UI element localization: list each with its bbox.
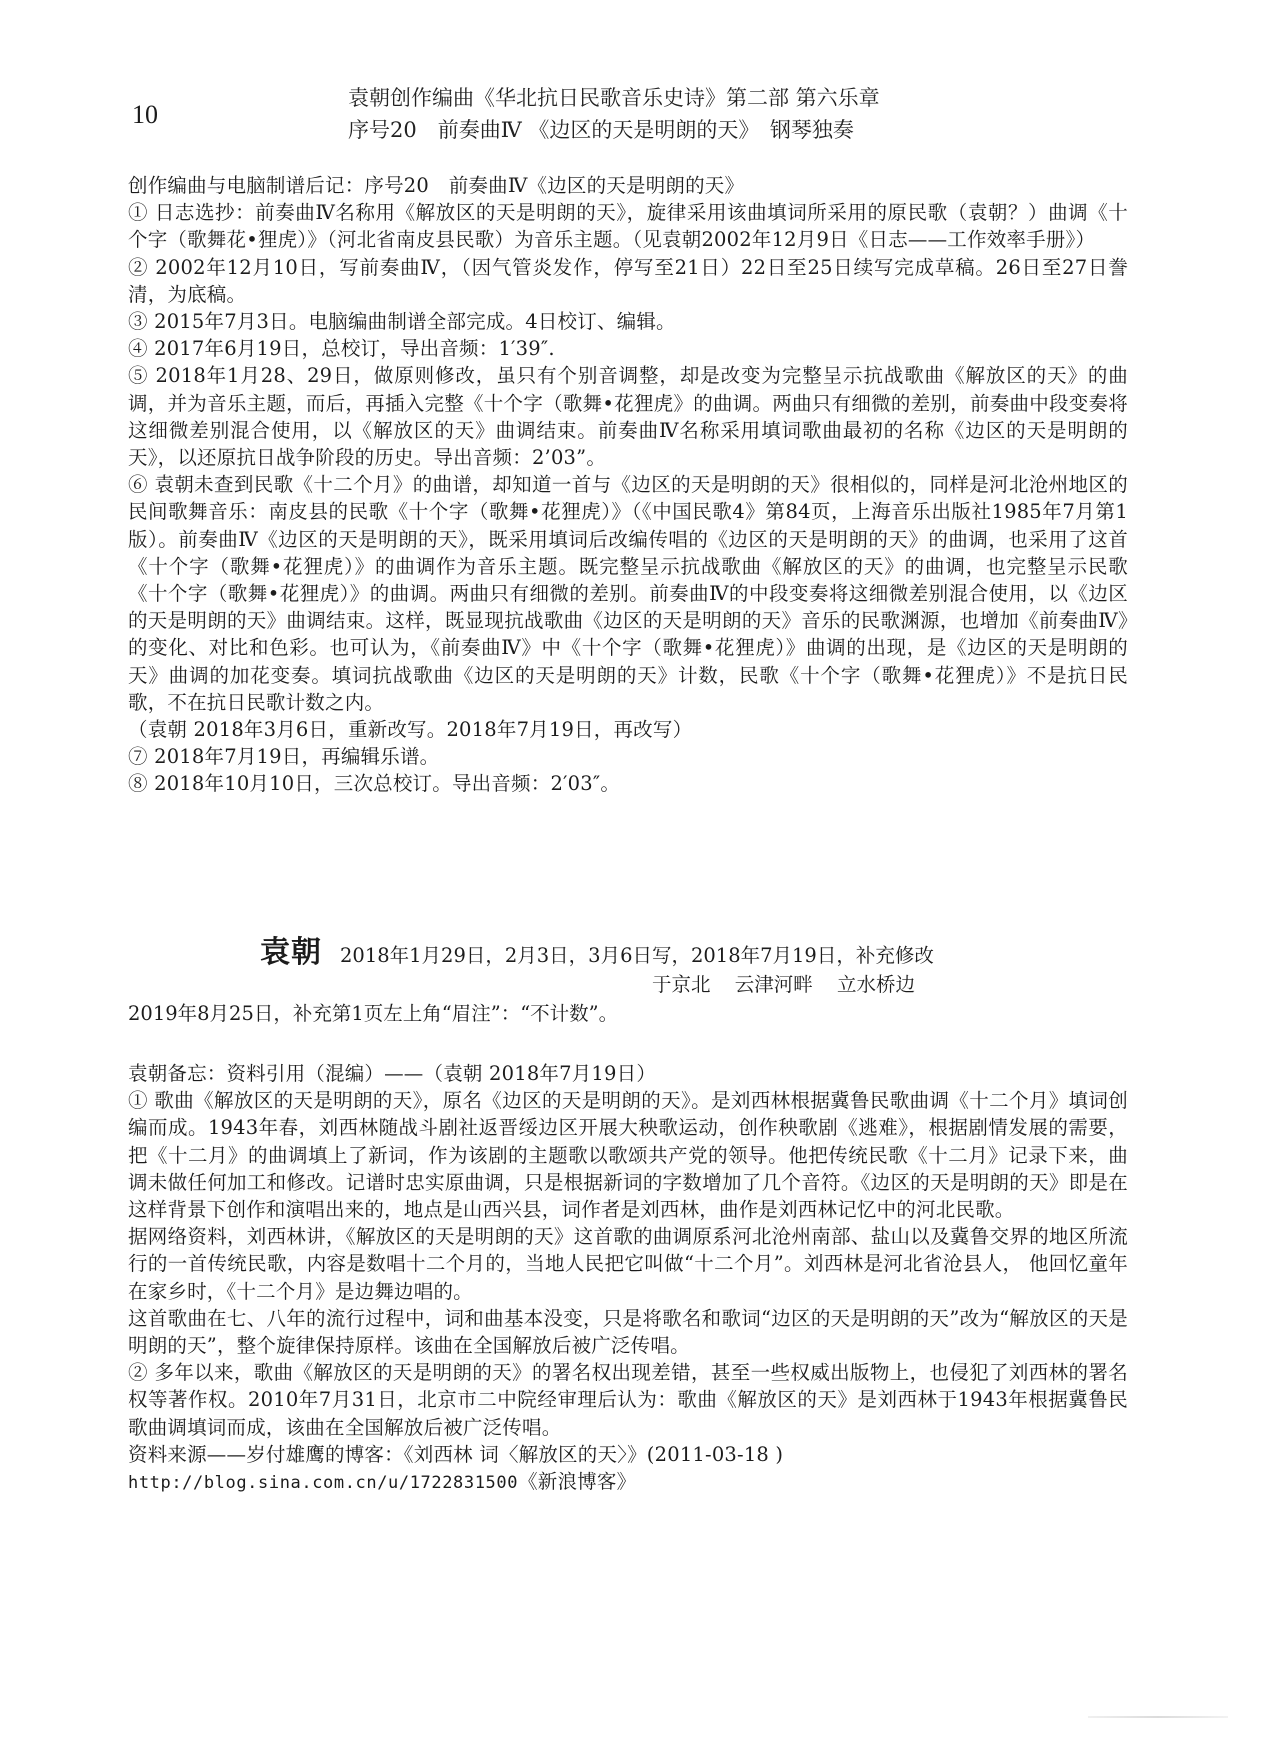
memo-paragraph-4: ② 多年以来，歌曲《解放区的天是明朗的天》的署名权出现差错，甚至一些权威出版物上…: [128, 1359, 1128, 1441]
afterword-entry-4: ④ 2017年6月19日，总校订，导出音频：1′39″.: [128, 335, 1128, 362]
afterword-entry-6: ⑥ 袁朝未查到民歌《十二个月》的曲谱，却知道一首与《边区的天是明朗的天》很相似的…: [128, 471, 1128, 716]
memo-paragraph-1: ① 歌曲《解放区的天是明朗的天》，原名《边区的天是明朗的天》。是刘西林根据冀鲁民…: [128, 1087, 1128, 1223]
page-header: 袁朝创作编曲《华北抗日民歌音乐史诗》第二部 第六乐章 序号20 前奏曲Ⅳ 《边区…: [348, 82, 880, 146]
supplement-note: 2019年8月25日，补充第1页左上角“眉注”：“不计数”。: [128, 999, 1128, 1028]
scan-artifact: [1088, 1716, 1228, 1718]
signature-places: 于京北 云津河畔 立水桥边: [128, 970, 1128, 999]
afterword-section: 创作编曲与电脑制谱后记：序号20 前奏曲Ⅳ《边区的天是明朗的天》 ① 日志选抄：…: [128, 172, 1128, 798]
place-1: 于京北: [652, 973, 711, 996]
afterword-entry-5: ⑤ 2018年1月28、29日，做原则修改，虽只有个别音调整，却是改变为完整呈示…: [128, 362, 1128, 471]
header-subtitle-line: 序号20 前奏曲Ⅳ 《边区的天是明朗的天》 钢琴独奏: [348, 114, 880, 146]
signature-dates: 2018年1月29日，2月3日，3月6日写，2018年7月19日，补充修改: [340, 941, 934, 970]
source-url-suffix: 《新浪博客》: [518, 1470, 636, 1493]
header-title-line: 袁朝创作编曲《华北抗日民歌音乐史诗》第二部 第六乐章: [348, 82, 880, 114]
author-signature: 袁朝: [260, 938, 322, 967]
afterword-entry-7: ⑦ 2018年7月19日，再编辑乐谱。: [128, 743, 1128, 770]
afterword-title: 创作编曲与电脑制谱后记：序号20 前奏曲Ⅳ《边区的天是明朗的天》: [128, 172, 1128, 199]
afterword-entry-8: ⑧ 2018年10月10日，三次总校订。导出音频：2′03″。: [128, 770, 1128, 797]
afterword-entry-1: ① 日志选抄：前奏曲Ⅳ名称用《解放区的天是明朗的天》，旋律采用该曲填词所采用的原…: [128, 199, 1128, 253]
memo-paragraph-3: 这首歌曲在七、八年的流行过程中，词和曲基本没变，只是将歌名和歌词“边区的天是明朗…: [128, 1305, 1128, 1359]
source-url[interactable]: http://blog.sina.com.cn/u/1722831500: [128, 1473, 518, 1493]
memo-source: 资料来源——岁付雄鹰的博客：《刘西林 词〈解放区的天〉》(2011-03-18 …: [128, 1441, 1128, 1468]
afterword-rewrite-note: （袁朝 2018年3月6日，重新改写。2018年7月19日，再改写）: [128, 716, 1128, 743]
memo-title: 袁朝备忘：资料引用（混编）——（袁朝 2018年7月19日）: [128, 1060, 1128, 1087]
memo-paragraph-2: 据网络资料，刘西林讲，《解放区的天是明朗的天》这首歌的曲调原系河北沧州南部、盐山…: [128, 1223, 1128, 1305]
afterword-entry-2: ② 2002年12月10日，写前奏曲Ⅳ，（因气管炎发作，停写至21日）22日至2…: [128, 254, 1128, 308]
memo-url-line: http://blog.sina.com.cn/u/1722831500《新浪博…: [128, 1468, 1128, 1497]
signature-row: 袁朝 2018年1月29日，2月3日，3月6日写，2018年7月19日，补充修改: [128, 938, 1128, 970]
memo-section: 袁朝备忘：资料引用（混编）——（袁朝 2018年7月19日） ① 歌曲《解放区的…: [128, 1060, 1128, 1497]
place-3: 立水桥边: [837, 973, 915, 996]
place-2: 云津河畔: [735, 973, 813, 996]
page-number: 10: [132, 100, 158, 130]
afterword-entry-3: ③ 2015年7月3日。电脑编曲制谱全部完成。4日校订、编辑。: [128, 308, 1128, 335]
signature-block: 袁朝 2018年1月29日，2月3日，3月6日写，2018年7月19日，补充修改…: [128, 938, 1128, 1028]
